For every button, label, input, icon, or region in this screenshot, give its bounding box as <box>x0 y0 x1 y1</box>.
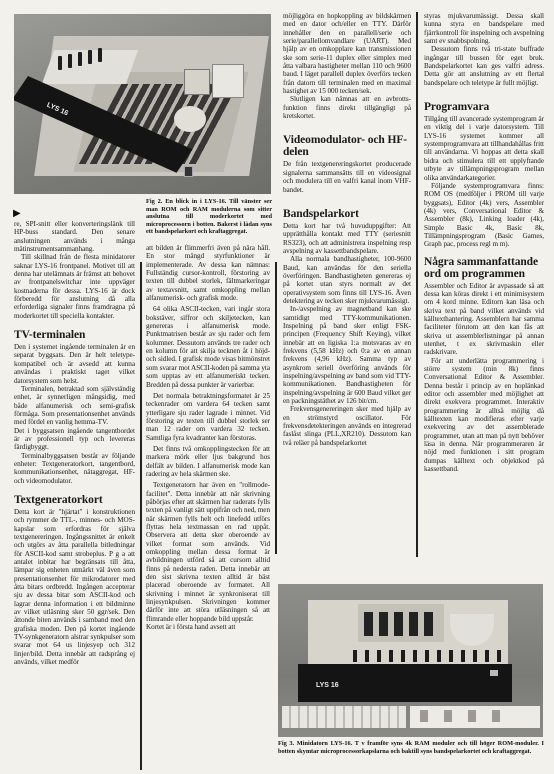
fig3-panel-label: LYS 16 <box>316 682 339 689</box>
body-paragraph: Det i byggsatsen ingående tangentbordet … <box>14 427 135 452</box>
body-paragraph: Den i systemet ingående terminalen är en… <box>14 343 135 385</box>
column-3: möjliggöra en hopkoppling av bildskärmen… <box>283 12 411 447</box>
section-heading-bandspelarkort: Bandspelarkort <box>283 208 411 220</box>
fig3-photo: LYS 16 <box>278 584 543 737</box>
body-paragraph: Slutligen kan nämnas att en avbrotts-fun… <box>283 95 411 120</box>
column-rule <box>275 262 277 554</box>
fig3-chip-grid <box>364 612 434 636</box>
fig2-module-chip <box>88 50 92 64</box>
body-paragraph: Textgeneratorn har även en "rollmode-fac… <box>146 481 270 623</box>
fig3-caption: Fig 3. Minidatorn LYS-16. T v framför sy… <box>278 740 544 755</box>
body-paragraph: Följande systemprogramvara finns: ROM OS… <box>424 182 544 249</box>
body-paragraph: Terminalen, betraktad som självständig e… <box>14 385 135 427</box>
body-paragraph: 64 olika ASCII-tecken, vari ingår stora … <box>146 305 270 388</box>
body-paragraph: Det finns två omkopplingstecken för att … <box>146 445 270 478</box>
column-rule <box>416 12 418 557</box>
fig2-tape-card <box>184 69 210 95</box>
section-heading-textgeneratorkort: Textgeneratorkort <box>14 494 135 506</box>
fig2-module-chip <box>68 54 72 68</box>
body-paragraph: Detta kort är "hjärtat" i konstruktionen… <box>14 508 135 667</box>
body-paragraph: Tillgång till avancerade systemprogram ä… <box>424 115 544 182</box>
body-paragraph: Kortet är i första hand avsett att <box>146 623 270 631</box>
body-paragraph: Detta kort har två huvuduppgifter: Att u… <box>283 222 411 255</box>
fig2-module-chip <box>78 52 82 66</box>
column-rule <box>140 262 142 770</box>
body-paragraph: styras mjukvarumässigt. Dessa skall kunn… <box>424 12 544 45</box>
fig2-caption: Fig 2. En blick in i LYS-16. Till vänste… <box>146 198 272 236</box>
section-heading-sammanfattande: Några sammanfattande ord om programmen <box>424 256 544 280</box>
body-paragraph: möjliggöra en hopkoppling av bildskärmen… <box>283 12 411 95</box>
fig3-capacitor-row <box>353 650 503 662</box>
body-paragraph: Det normala betraktningsformatet är 25 t… <box>146 392 270 442</box>
fig2-transformer <box>212 64 244 98</box>
fig2-module-chip <box>58 56 62 70</box>
body-paragraph: Assembler och Editor är avpassade så att… <box>424 282 544 357</box>
fig2-power-switch <box>184 166 193 177</box>
body-paragraph: Terminalbyggsatsen består av följande en… <box>14 452 135 485</box>
column-2: att bilden är flimmerfri även på nära hå… <box>146 244 270 631</box>
body-paragraph: att bilden är flimmerfri även på nära hå… <box>146 244 270 302</box>
continuation-marker-icon: ▶ <box>13 209 21 219</box>
body-paragraph: För att underlätta programmering i störr… <box>424 357 544 474</box>
fig2-photo: LYS 16 <box>14 14 271 194</box>
section-heading-programvara: Programvara <box>424 101 544 113</box>
fig3-ram-module <box>282 706 406 728</box>
section-heading-videomodulator: Videomodulator- och HF-delen <box>283 134 411 158</box>
body-paragraph: In-/avspelning av magnetband kan ske sam… <box>283 305 411 405</box>
fig2-module-chip <box>98 48 102 62</box>
section-heading-tv-terminalen: TV-terminalen <box>14 329 135 341</box>
column-1: re, SPI-snitt eller konverteringslänk ti… <box>14 220 135 667</box>
body-paragraph: Alla normala bandhastigheter, 100-9600 B… <box>283 255 411 305</box>
body-paragraph: De från textgenereringskortet producerad… <box>283 160 411 193</box>
body-paragraph: re, SPI-snitt eller konverteringslänk ti… <box>14 220 135 253</box>
body-paragraph: Till skillnad från de flesta minidatorer… <box>14 253 135 320</box>
fig3-rom-sockets <box>420 710 510 722</box>
column-4: styras mjukvarumässigt. Dessa skall kunn… <box>424 12 544 474</box>
body-paragraph: Frekvensgenereringen sker med hjälp av e… <box>283 405 411 447</box>
fig3-power-switch <box>490 670 498 676</box>
fig2-power-coil <box>174 106 206 132</box>
body-paragraph: Dessutom finns två tri-state buffrade in… <box>424 45 544 87</box>
